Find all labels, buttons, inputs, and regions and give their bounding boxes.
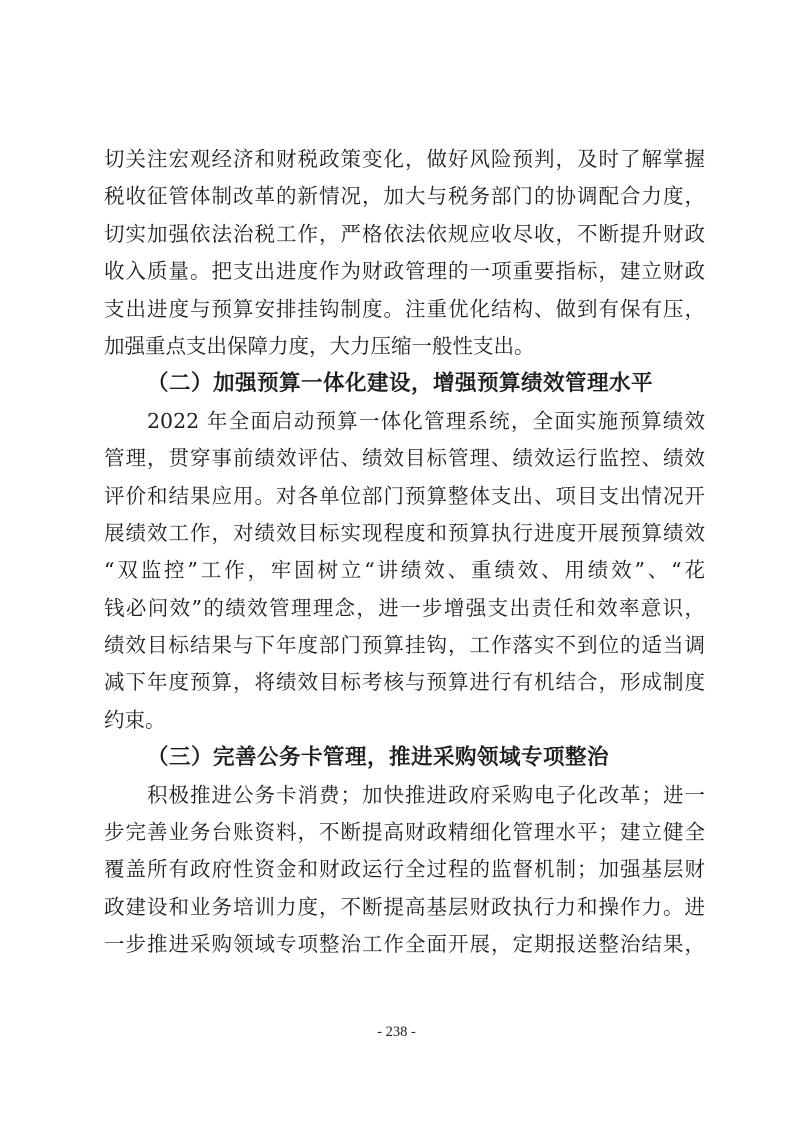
text-line: 钱必问效”的绩效管理理念，进一步增强支出责任和效率意识， (104, 590, 705, 627)
text-line: “双监控”工作，牢固树立“讲绩效、重绩效、用绩效”、“花 (104, 552, 705, 589)
text-line: 绩效目标结果与下年度部门预算挂钩，工作落实不到位的适当调 (104, 627, 705, 664)
text-line: 税收征管体制改革的新情况，加大与税务部门的协调配合力度， (104, 178, 705, 215)
text-line: 减下年度预算，将绩效目标考核与预算进行有机结合，形成制度 (104, 664, 705, 701)
text-line: 约束。 (104, 702, 705, 739)
text-line: 2022 年全面启动预算一体化管理系统，全面实施预算绩效 (104, 403, 705, 440)
text-line: 加强重点支出保障力度，大力压缩一般性支出。 (104, 328, 705, 365)
text-line: 步完善业务台账资料，不断提高财政精细化管理水平；建立健全 (104, 814, 705, 851)
text-line: 支出进度与预算安排挂钩制度。注重优化结构、做到有保有压， (104, 291, 705, 328)
document-body: 切关注宏观经济和财税政策变化，做好风险预判，及时了解掌握 税收征管体制改革的新情… (104, 141, 705, 964)
document-page: 切关注宏观经济和财税政策变化，做好风险预判，及时了解掌握 税收征管体制改革的新情… (0, 0, 793, 1122)
text-line: 展绩效工作，对绩效目标实现程度和预算执行进度开展预算绩效 (104, 515, 705, 552)
text-line: 覆盖所有政府性资金和财政运行全过程的监督机制；加强基层财 (104, 851, 705, 888)
section-heading-2: （二）加强预算一体化建设，增强预算绩效管理水平 (104, 365, 705, 402)
text-line: 管理，贯穿事前绩效评估、绩效目标管理、绩效运行监控、绩效 (104, 440, 705, 477)
text-line: 收入质量。把支出进度作为财政管理的一项重要指标，建立财政 (104, 253, 705, 290)
text-line: 切实加强依法治税工作，严格依法依规应收尽收，不断提升财政 (104, 216, 705, 253)
section-heading-3: （三）完善公务卡管理，推进采购领域专项整治 (104, 739, 705, 776)
text-line: 切关注宏观经济和财税政策变化，做好风险预判，及时了解掌握 (104, 141, 705, 178)
text-line: 评价和结果应用。对各单位部门预算整体支出、项目支出情况开 (104, 478, 705, 515)
text-line: 政建设和业务培训力度，不断提高基层财政执行力和操作力。进 (104, 889, 705, 926)
page-number: - 238 - (0, 1021, 793, 1043)
text-line: 一步推进采购领域专项整治工作全面开展，定期报送整治结果， (104, 926, 705, 963)
text-line: 积极推进公务卡消费；加快推进政府采购电子化改革；进一 (104, 777, 705, 814)
